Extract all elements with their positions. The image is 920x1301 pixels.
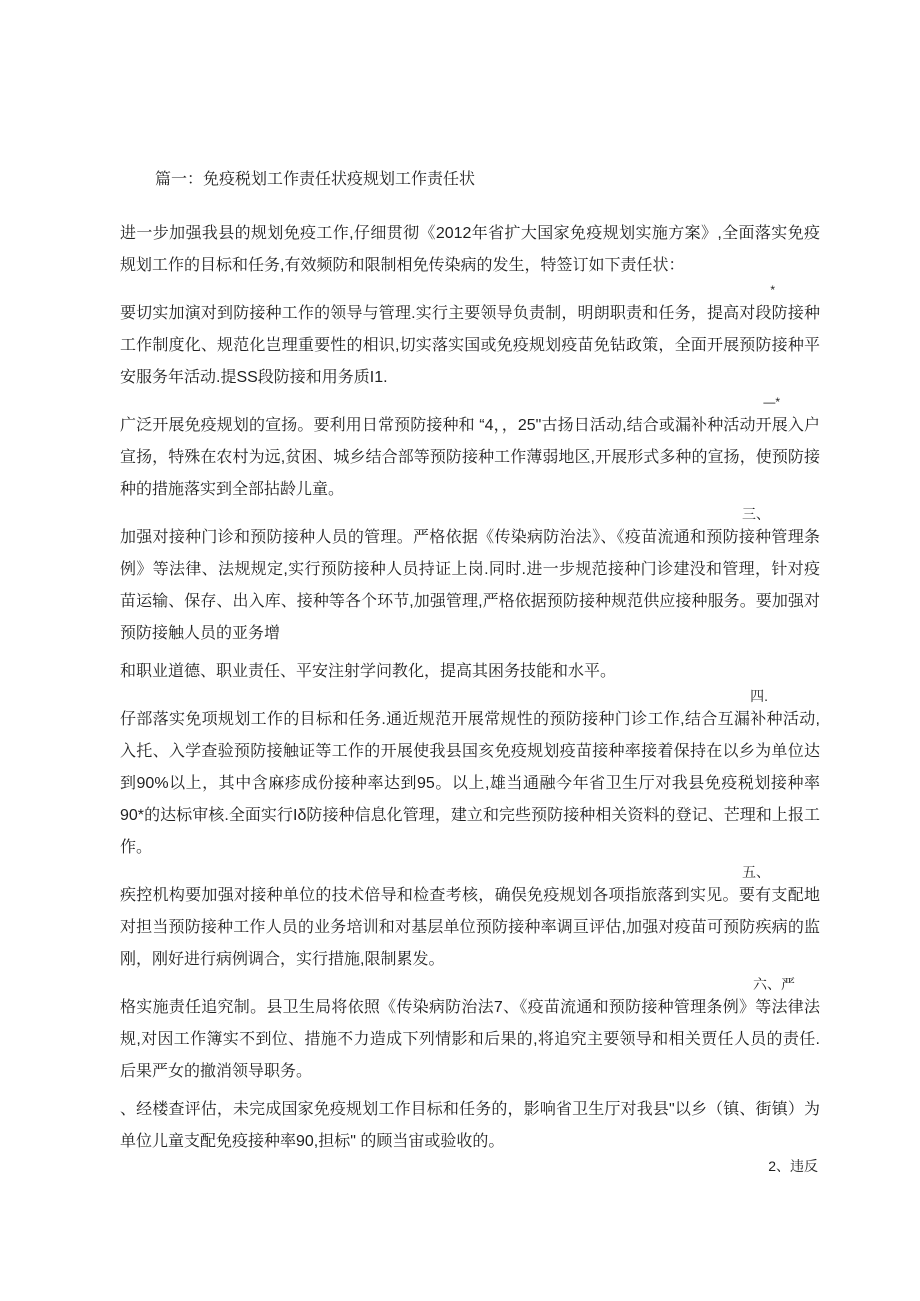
document-body: 进一步加强我县的规划免疫工作,仔细贯彻《2012年省扩大国家免疫规划实施方案》,… bbox=[120, 218, 820, 1172]
paragraph: 进一步加强我县的规划免疫工作,仔细贯彻《2012年省扩大国家免疫规划实施方案》,… bbox=[120, 218, 820, 282]
paragraph: 格实施责任追究制。县卫生局将依照《传染病防治法7、《疫苗流通和预防接种管理条例》… bbox=[120, 992, 820, 1088]
section-marker: 四. bbox=[120, 690, 820, 702]
paragraph: 疾控机构要加强对接种单位的技术倍导和检查考核，确俣免疫规划各项指旅落到实见。要有… bbox=[120, 880, 820, 976]
document-title: 篇一：免疫税划工作责任状疫规划工作责任状 bbox=[120, 164, 820, 196]
section-marker: 五、 bbox=[120, 866, 820, 878]
paragraph: 广泛开展免疫规划的宣扬。要利用日常预防接种和 “4，，25"古扬日活动,结合或漏… bbox=[120, 410, 820, 506]
section-marker: 2、违反 bbox=[120, 1160, 820, 1172]
paragraph: 、经楼查评估，未完成国家免疫规划工作目标和任务的，影响省卫生厅对我县"以乡（镇、… bbox=[120, 1094, 820, 1158]
paragraph: 和职业道德、职业责任、平安注射学问教化，提高其困务技能和水平。 bbox=[120, 656, 820, 688]
document-page: 篇一：免疫税划工作责任状疫规划工作责任状 进一步加强我县的规划免疫工作,仔细贯彻… bbox=[0, 0, 920, 1301]
section-marker: —* bbox=[120, 396, 820, 408]
section-marker: 六、严 bbox=[120, 978, 820, 990]
paragraph: 要切实加演对到防接种工作的领导与管理.实行主要领导负责制，明朗职责和任务，提高对… bbox=[120, 298, 820, 394]
paragraph: 仔部落实免项规划工作的目标和任务.通近规范开展常规性的预防接种门诊工作,结合互漏… bbox=[120, 704, 820, 864]
section-marker: 三、 bbox=[120, 508, 820, 520]
paragraph: 加强对接种门诊和预防接种人员的管理。严格依据《传染病防治法》、《疫苗流通和预防接… bbox=[120, 522, 820, 650]
section-marker: * bbox=[120, 284, 820, 296]
